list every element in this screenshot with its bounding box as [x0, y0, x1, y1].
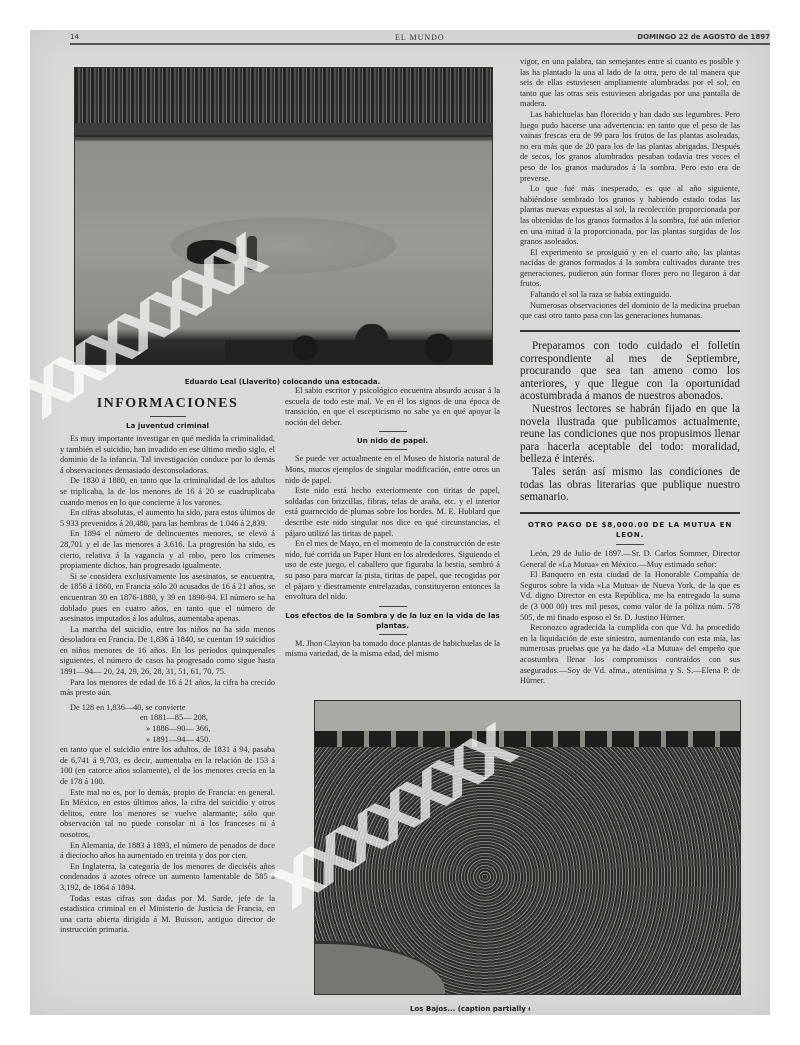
section-rule: [520, 512, 740, 514]
statistics-table: De 128 en 1,836—40, se convierte en 1881…: [60, 703, 275, 745]
section-rule: [520, 330, 740, 332]
paragraph: En Inglaterra, la categoría de los menor…: [60, 862, 275, 894]
matador-figure: [247, 236, 257, 270]
paragraph: León, 29 de Julio de 1897.—Sr. D. Carlos…: [520, 549, 740, 570]
divider: [379, 431, 407, 432]
photo-arena-edge: [315, 941, 445, 994]
paragraph: Tales serán así mismo las condiciones de…: [520, 466, 740, 504]
paragraph: En cifras absolutas, el aumento ha sido,…: [60, 508, 275, 529]
paragraph: vigor, en una palabra, tan semejantes en…: [520, 57, 740, 110]
table-intro: De 128 en 1,836—40, se convierte: [60, 703, 275, 714]
article-subhead: Un nido de papel.: [285, 436, 500, 446]
table-row: » 1891—94— 450.: [60, 735, 275, 746]
middle-column: El sabio escritor y psicológico encuentr…: [285, 386, 500, 660]
paragraph: Las habichuelas han florecido y han dado…: [520, 110, 740, 184]
photo-arches: [315, 731, 740, 747]
paragraph: Faltando el sol la raza se había extingu…: [520, 290, 740, 301]
editorial-notice: Preparamos con todo cuidado el folletín …: [520, 340, 740, 504]
bull-figure: [187, 240, 239, 264]
divider: [379, 449, 407, 450]
table-row: en 1881—85— 208,: [60, 713, 275, 724]
table-row: » 1886—90— 366,: [60, 724, 275, 735]
divider: [379, 606, 407, 607]
paragraph: En Alemania, de 1883 á 1893, el número d…: [60, 841, 275, 862]
header-rule: [70, 43, 770, 45]
paragraph: Lo que fué más inesperado, es que al año…: [520, 184, 740, 248]
issue-date: DOMINGO 22 de AGOSTO de 1897: [637, 33, 770, 41]
divider: [150, 416, 186, 417]
paragraph: en tanto que el suicidio entre los adult…: [60, 745, 275, 787]
paragraph: Si se considera exclusivamente los asesi…: [60, 572, 275, 625]
page-number: 14: [70, 33, 79, 41]
paragraph: El experimento se prosiguió y en el cuar…: [520, 248, 740, 290]
paragraph: El Banquero en esta ciudad de la Honorab…: [520, 570, 740, 623]
paragraph: Preparamos con todo cuidado el folletín …: [520, 340, 740, 403]
paragraph: Reconozco agradecida la cumplida con que…: [520, 623, 740, 687]
paragraph: Se puede ver actualmente en el Museo de …: [285, 454, 500, 486]
photo-caption-bottom: Los Bajos... (caption partially cut off): [410, 1005, 530, 1014]
paragraph: La marcha del suicidio, entre los niños …: [60, 625, 275, 678]
paragraph: De 1830 á 1880, en tanto que la criminal…: [60, 476, 275, 508]
section-title: INFORMACIONES: [60, 396, 275, 412]
photo-caption-top: Eduardo Leal (Llaverito) colocando una e…: [74, 378, 491, 386]
photo-barrier: [75, 123, 492, 137]
spectators-foreground: [225, 324, 492, 364]
right-column: vigor, en una palabra, tan semejantes en…: [520, 57, 740, 340]
article-subhead: Los efectos de la Sombra y de la luz en …: [285, 611, 500, 631]
paragraph: En 1894 el número de delincuentes menore…: [60, 529, 275, 571]
divider: [379, 634, 407, 635]
newspaper-page: 14 EL MUNDO DOMINGO 22 de AGOSTO de 1897…: [30, 30, 770, 1015]
left-column: INFORMACIONES La juventud criminal Es mu…: [60, 396, 275, 936]
paragraph: Numerosas observaciones del dominio de l…: [520, 301, 740, 322]
paragraph: Para los menores de edad de 16 á 21 años…: [60, 678, 275, 699]
paragraph: Todas estas cifras son dadas por M. Sard…: [60, 894, 275, 936]
newspaper-title: EL MUNDO: [395, 33, 445, 42]
paragraph: El sabio escritor y psicológico encuentr…: [285, 386, 500, 428]
paragraph: Es muy importante investigar en qué medi…: [60, 434, 275, 476]
mutua-letter: OTRO PAGO DE $8,000.00 DE LA MUTUA EN LE…: [520, 508, 740, 687]
paragraph: En el mes de Mayo, en el momento de la c…: [285, 539, 500, 603]
paragraph: Nuestros lectores se habrán fijado en qu…: [520, 403, 740, 466]
divider: [616, 544, 644, 545]
article-subhead: La juventud criminal: [60, 421, 275, 431]
mutua-headline: OTRO PAGO DE $8,000.00 DE LA MUTUA EN LE…: [520, 520, 740, 540]
paragraph: Este nido está hecho exteriormente con t…: [285, 486, 500, 539]
paragraph: Este mal no es, por lo demás, propio de …: [60, 788, 275, 841]
plaza-crowd-photo: [314, 700, 741, 995]
paragraph: M. Jhon Clayton ha tomado doce plantas d…: [285, 639, 500, 660]
bullfight-photo: [74, 67, 493, 365]
photo-crowd: [75, 68, 492, 123]
